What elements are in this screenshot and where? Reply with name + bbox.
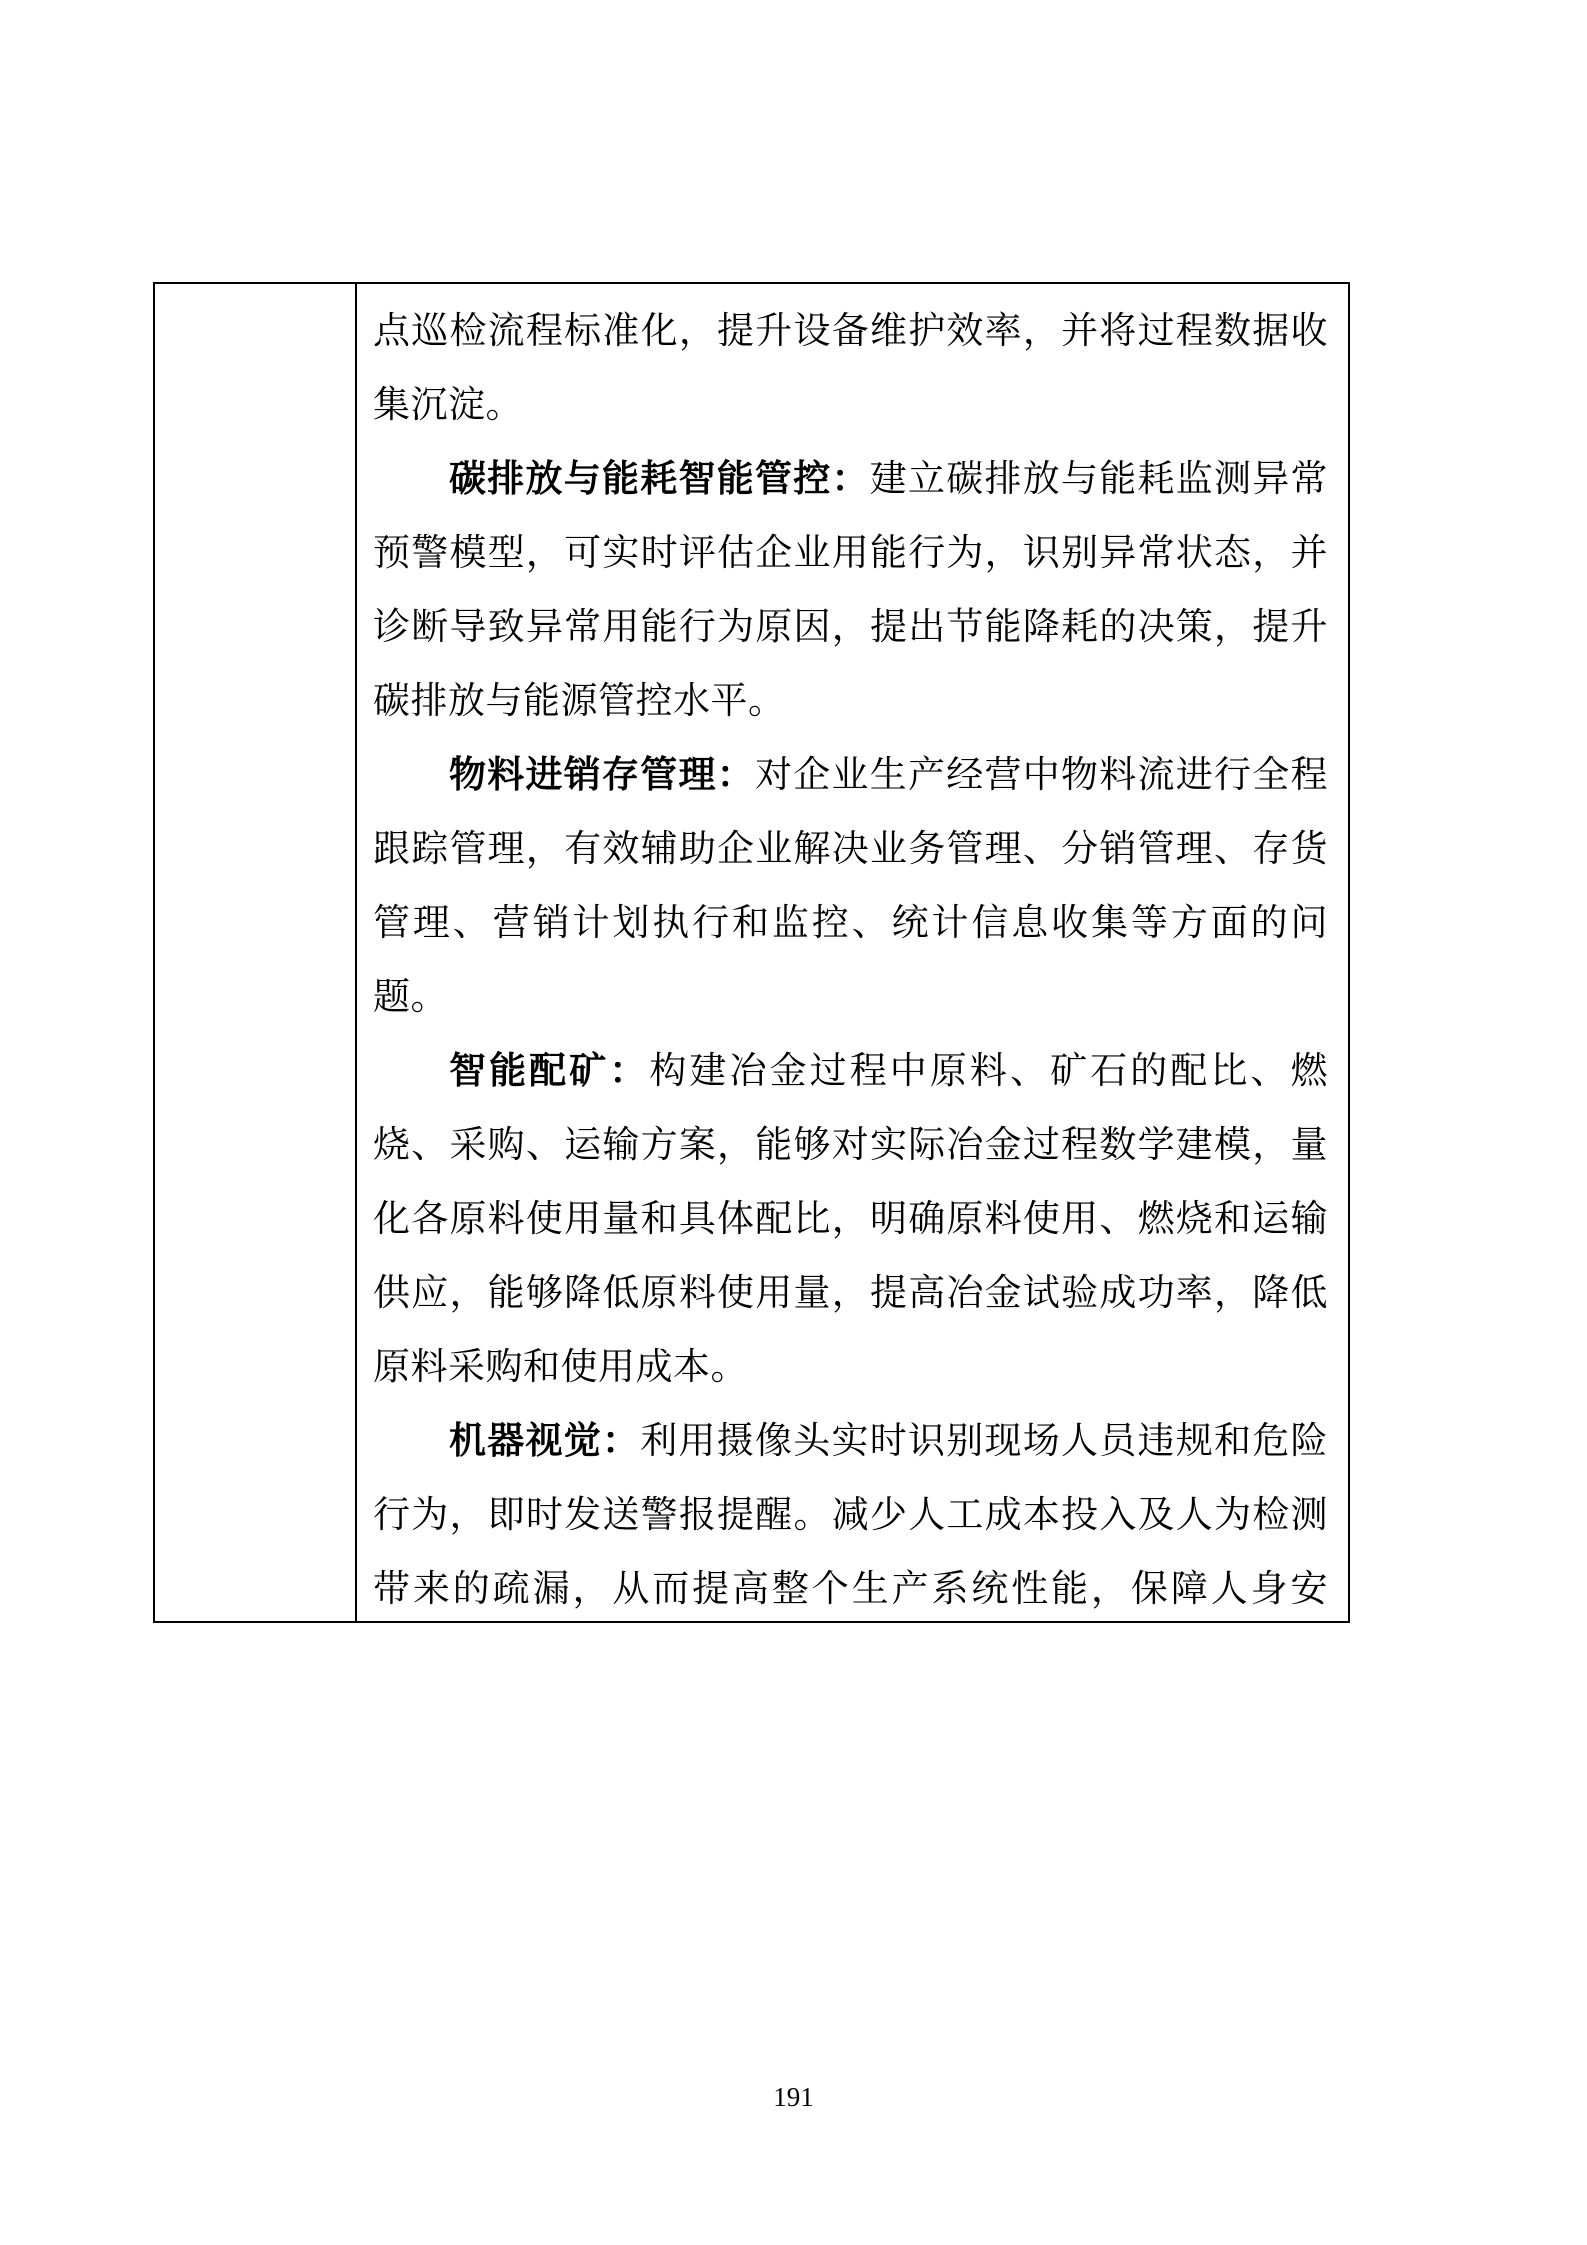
paragraph-smart-ore-blending: 智能配矿：构建冶金过程中原料、矿石的配比、燃烧、采购、运输方案，能够对实际冶金过… — [373, 1035, 1328, 1405]
content-table: 点巡检流程标准化，提升设备维护效率，并将过程数据收集沉淀。 碳排放与能耗智能管控… — [153, 282, 1350, 1623]
paragraph-carbon-energy: 碳排放与能耗智能管控：建立碳排放与能耗监测异常预警模型，可实时评估企业用能行为，… — [373, 443, 1328, 739]
page-number: 191 — [0, 2080, 1587, 2114]
paragraph-machine-vision: 机器视觉：利用摄像头实时识别现场人员违规和危险行为，即时发送警报提醒。减少人工成… — [373, 1405, 1328, 1621]
paragraph-label: 物料进销存管理： — [449, 755, 755, 796]
table-cell-row-label — [155, 284, 357, 1621]
paragraph-label: 碳排放与能耗智能管控： — [449, 459, 870, 500]
paragraph-continuation: 点巡检流程标准化，提升设备维护效率，并将过程数据收集沉淀。 — [373, 295, 1328, 443]
paragraph-text: 构建冶金过程中原料、矿石的配比、燃烧、采购、运输方案，能够对实际冶金过程数学建模… — [373, 1051, 1328, 1388]
paragraph-material-inventory: 物料进销存管理：对企业生产经营中物料流进行全程跟踪管理，有效辅助企业解决业务管理… — [373, 739, 1328, 1035]
paragraph-label: 机器视觉： — [449, 1421, 640, 1462]
document-page: 点巡检流程标准化，提升设备维护效率，并将过程数据收集沉淀。 碳排放与能耗智能管控… — [0, 0, 1587, 2245]
paragraph-label: 智能配矿： — [449, 1051, 649, 1092]
table-cell-content: 点巡检流程标准化，提升设备维护效率，并将过程数据收集沉淀。 碳排放与能耗智能管控… — [357, 284, 1348, 1621]
paragraph-text: 点巡检流程标准化，提升设备维护效率，并将过程数据收集沉淀。 — [373, 311, 1328, 426]
